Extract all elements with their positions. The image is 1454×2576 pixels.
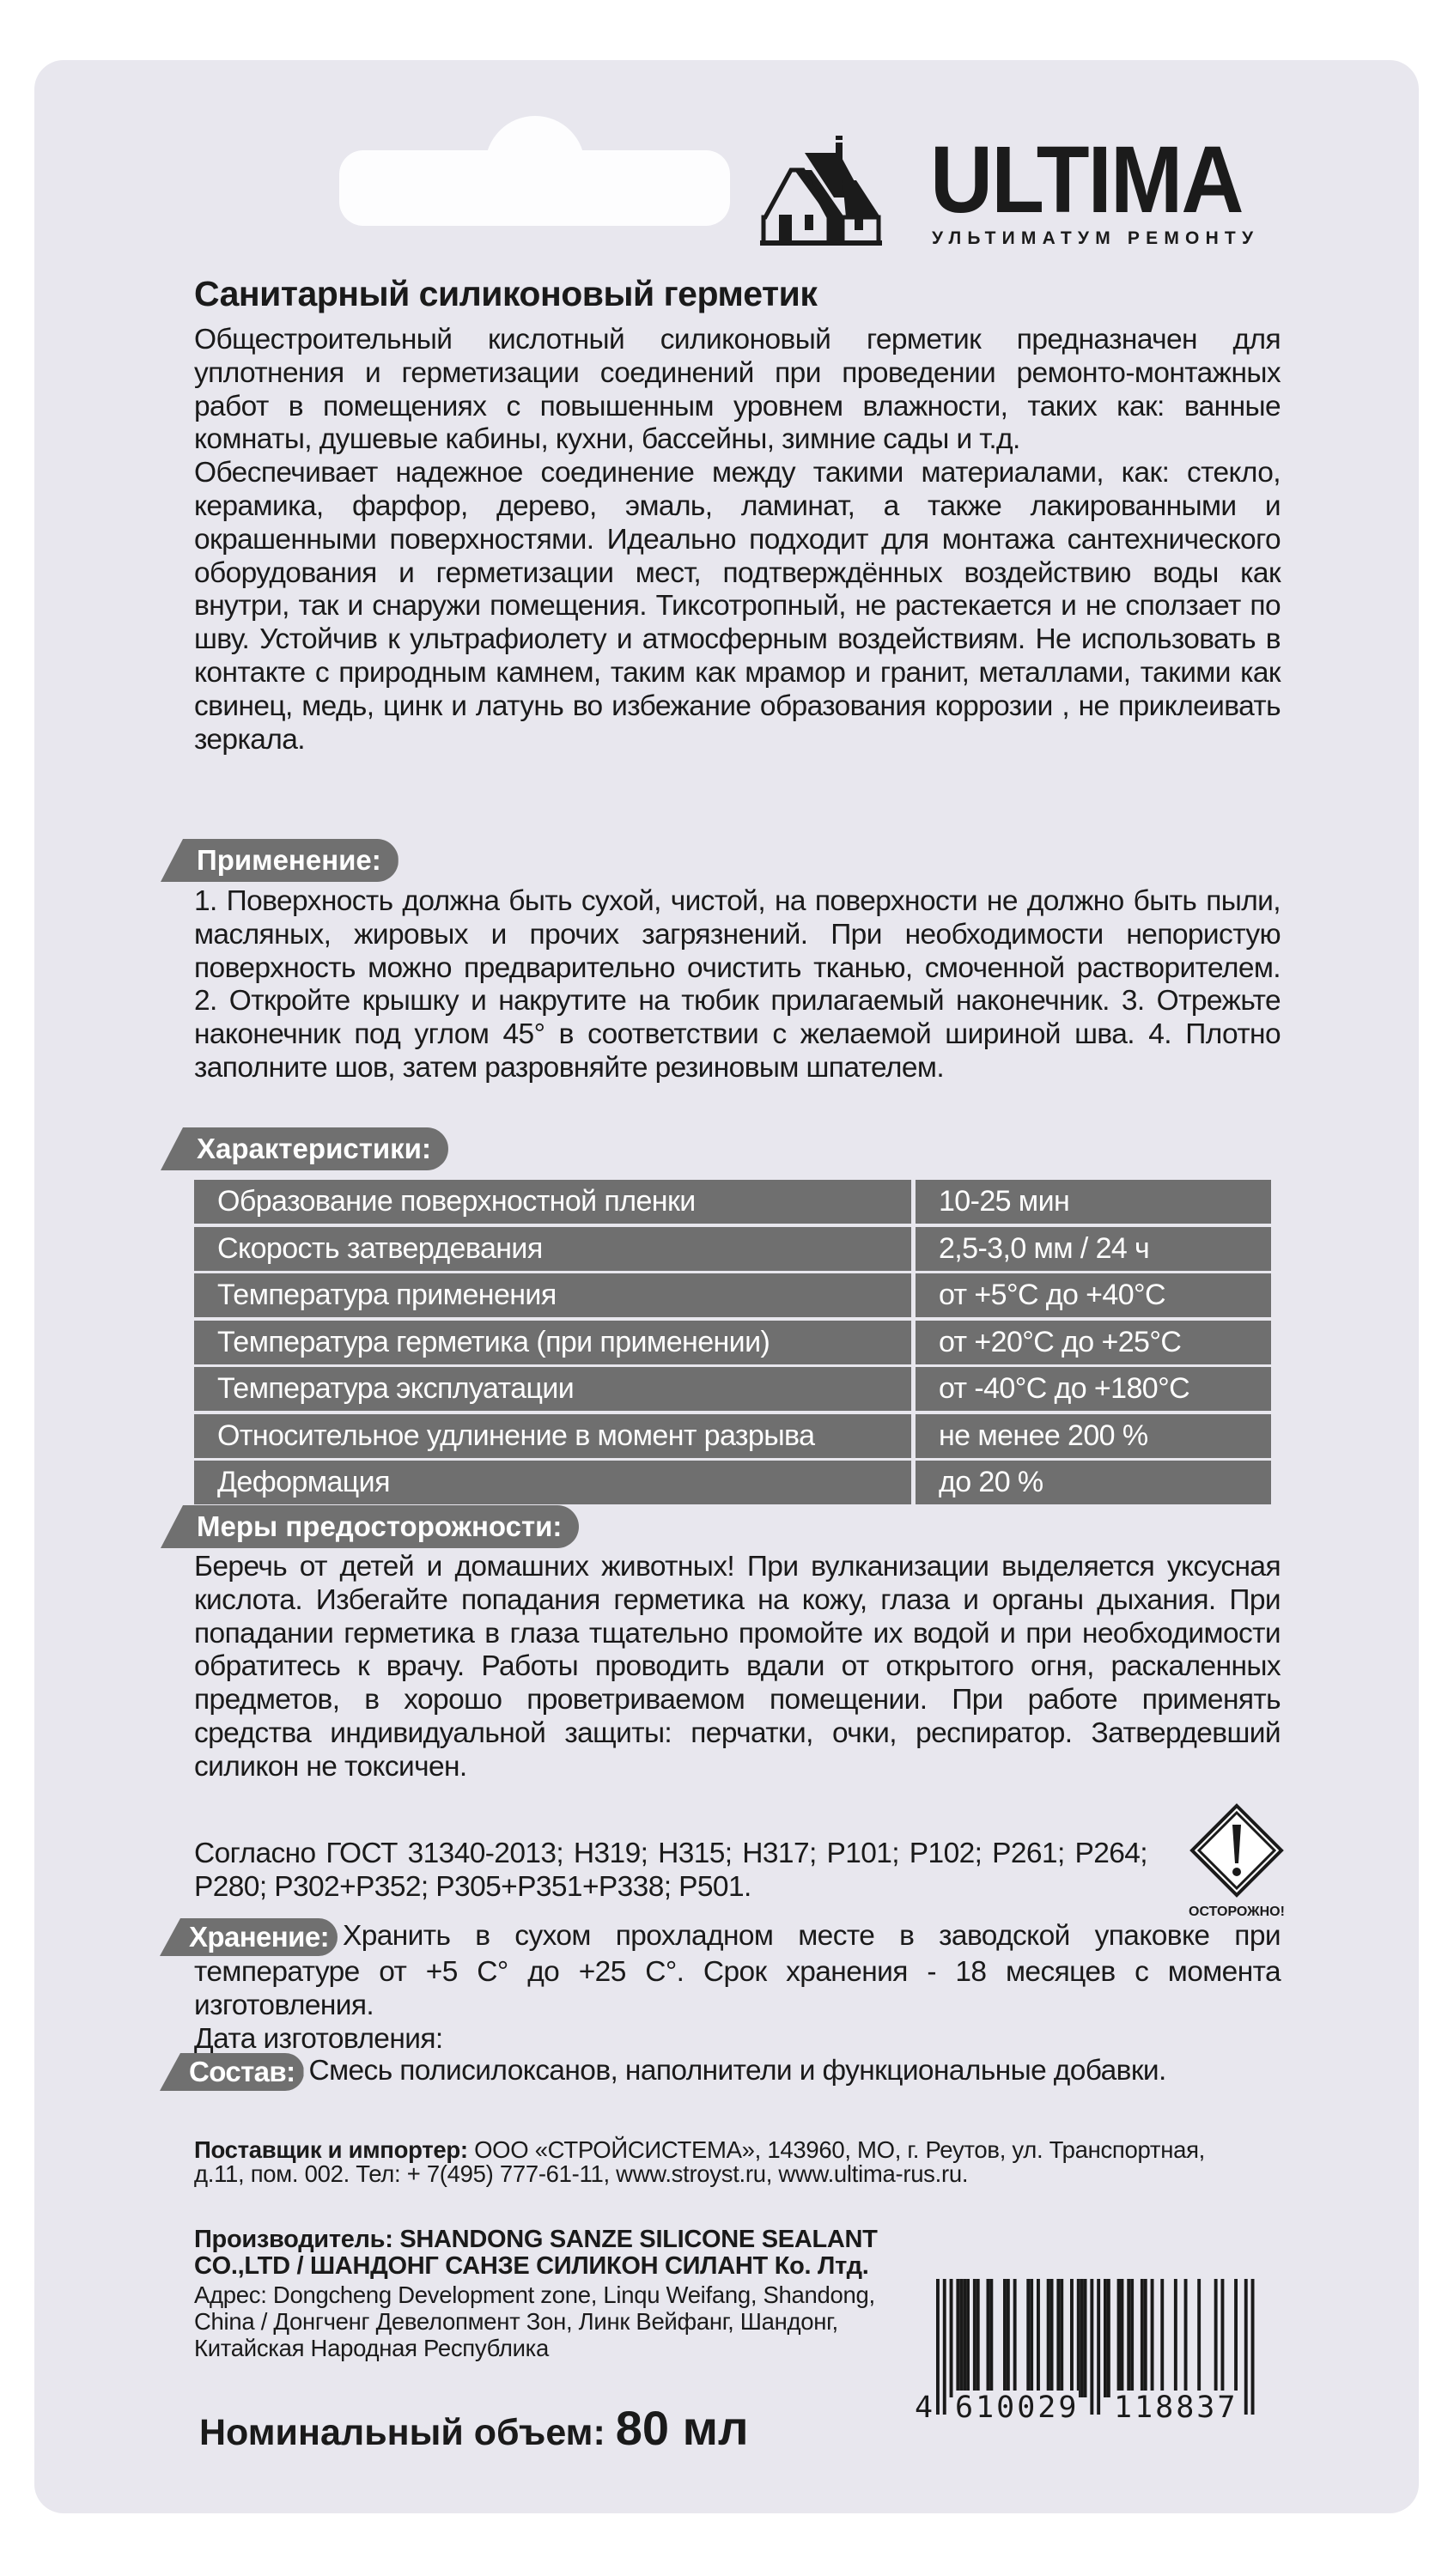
spec-value: 2,5-3,0 мм / 24 ч [916,1227,1271,1271]
spec-label: Деформация [194,1461,911,1504]
spec-row: Деформациядо 20 % [194,1461,1271,1504]
product-description: Общестроительный кислотный силиконовый г… [194,324,1281,756]
spec-label: Скорость затвердевания [194,1227,911,1271]
spec-value: от -40°С до +180°С [916,1367,1271,1411]
spec-value: от +20°С до +25°С [916,1321,1271,1364]
manufacturer-label: Производитель: [194,2226,393,2253]
barcode-left-group: 610029 [955,2391,1079,2425]
supplier-label: Поставщик и импортер: [194,2136,468,2163]
brand-tagline: УЛЬТИМАТУМ РЕМОНТУ [932,228,1259,249]
nominal-volume: Номинальный объем: 80 мл [199,2400,749,2456]
spec-label: Температура герметика (при применении) [194,1321,911,1364]
brand-logo: ULTIMA УЛЬТИМАТУМ РЕМОНТУ [760,129,1275,249]
supplier-info: Поставщик и импортер: ООО «СТРОЙСИСТЕМА»… [194,2138,1208,2186]
brand-name: ULTIMA [930,137,1243,223]
spec-row: Относительное удлинение в момент разрыва… [194,1414,1271,1458]
section-tag-application: Применение: [161,839,398,882]
product-title: Санитарный силиконовый герметик [194,273,1281,314]
section-tag-specs: Характеристики: [161,1127,448,1170]
section-tag-composition: Состав: [160,2053,304,2091]
volume-label: Номинальный объем: [199,2412,605,2453]
spec-value: до 20 % [916,1461,1271,1504]
spec-value: от +5°С до +40°С [916,1273,1271,1317]
spec-row: Скорость затвердевания2,5-3,0 мм / 24 ч [194,1227,1271,1271]
manufacturer-heading: Производитель: SHANDONG SANZE SILICONE S… [194,2227,933,2280]
spec-value: 10-25 мин [916,1180,1271,1224]
manufacturer-address: Адрес: Dongcheng Development zone, Linqu… [194,2281,933,2361]
storage-section: Хранение:Хранить в сухом прохладном мест… [194,1918,1281,2056]
description-paragraph-1: Общестроительный кислотный силиконовый г… [194,324,1281,457]
composition-section: Состав:Смесь полисилоксанов, наполнители… [194,2053,1281,2091]
specs-table: Образование поверхностной пленки10-25 ми… [194,1180,1271,1508]
section-tag-precautions: Меры предосторожности: [161,1505,579,1548]
description-paragraph-2: Обеспечивает надежное соединение между т… [194,457,1281,756]
spec-row: Температура эксплуатацииот -40°С до +180… [194,1367,1271,1411]
spec-label: Образование поверхностной пленки [194,1180,911,1224]
spec-row: Образование поверхностной пленки10-25 ми… [194,1180,1271,1224]
composition-text: Смесь полисилоксанов, наполнители и функ… [309,2055,1166,2087]
spec-row: Температура герметика (при применении)от… [194,1321,1271,1364]
storage-text: Хранить в сухом прохладном месте в завод… [194,1920,1281,2021]
house-icon [760,136,915,247]
hang-hole [339,150,730,226]
section-tag-storage: Хранение: [160,1918,338,1956]
volume-value: 80 мл [616,2401,749,2455]
spec-row: Температура примененияот +5°С до +40°С [194,1273,1271,1317]
spec-label: Температура эксплуатации [194,1367,911,1411]
manufacture-date-label: Дата изготовления: [194,2023,1281,2057]
gost-codes: Согласно ГОСТ 31340-2013; H319; H315; H3… [194,1838,1147,1905]
barcode-first-digit: 4 [915,2391,935,2425]
warning-pictogram: ОСТОРОЖНО! [1172,1803,1301,1932]
spec-label: Относительное удлинение в момент разрыва [194,1414,911,1458]
spec-value: не менее 200 % [916,1414,1271,1458]
exclamation-diamond-icon [1189,1803,1284,1898]
spec-label: Температура применения [194,1273,911,1317]
manufacturer-info: Производитель: SHANDONG SANZE SILICONE S… [194,2227,933,2361]
precautions-text: Беречь от детей и домашних животных! При… [194,1551,1281,1784]
application-text: 1. Поверхность должна быть сухой, чистой… [194,885,1281,1085]
ean-barcode: 4 610029 118837 [936,2279,1271,2425]
barcode-right-group: 118837 [1114,2391,1238,2425]
